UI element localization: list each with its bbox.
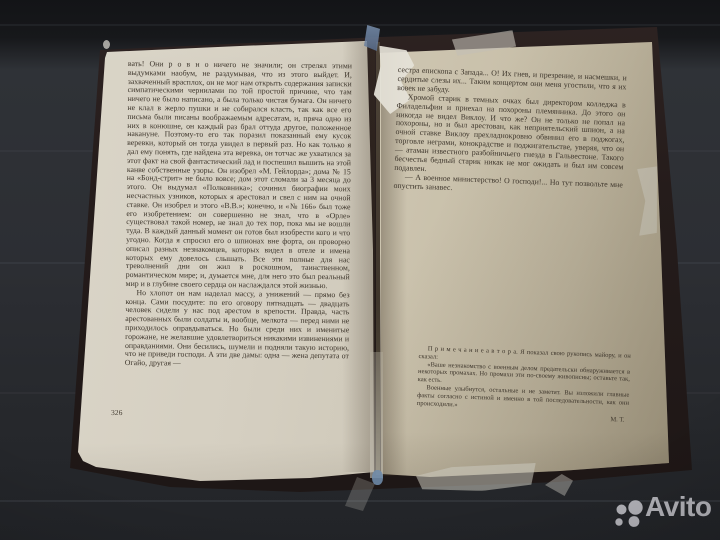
right-page-text: сестра епископа с Запада... О! Их гнев, … <box>393 66 626 199</box>
blue-tape-fragment <box>372 470 383 485</box>
paragraph: вать! Они р о в н о ничего не значили; о… <box>126 60 352 291</box>
page-corner-highlight <box>103 40 110 49</box>
book-photo: вать! Они р о в н о ничего не значили; о… <box>0 0 720 540</box>
tape-piece <box>370 352 383 478</box>
left-page-text: вать! Они р о в н о ничего не значили; о… <box>125 60 352 370</box>
desk-seam <box>0 24 720 26</box>
page-number: 326 <box>111 408 122 417</box>
avito-watermark: Avito <box>608 494 720 534</box>
paragraph: Хромой старик в темных очках был директо… <box>394 93 626 181</box>
avito-logo-icon <box>612 499 646 533</box>
watermark-brand: Avito <box>645 491 711 523</box>
paragraph: Но хлопот он нам наделал массу, а унижен… <box>125 289 350 371</box>
author-footnote: П р и м е ч а н и е а в т о р а. Я показ… <box>416 345 631 425</box>
